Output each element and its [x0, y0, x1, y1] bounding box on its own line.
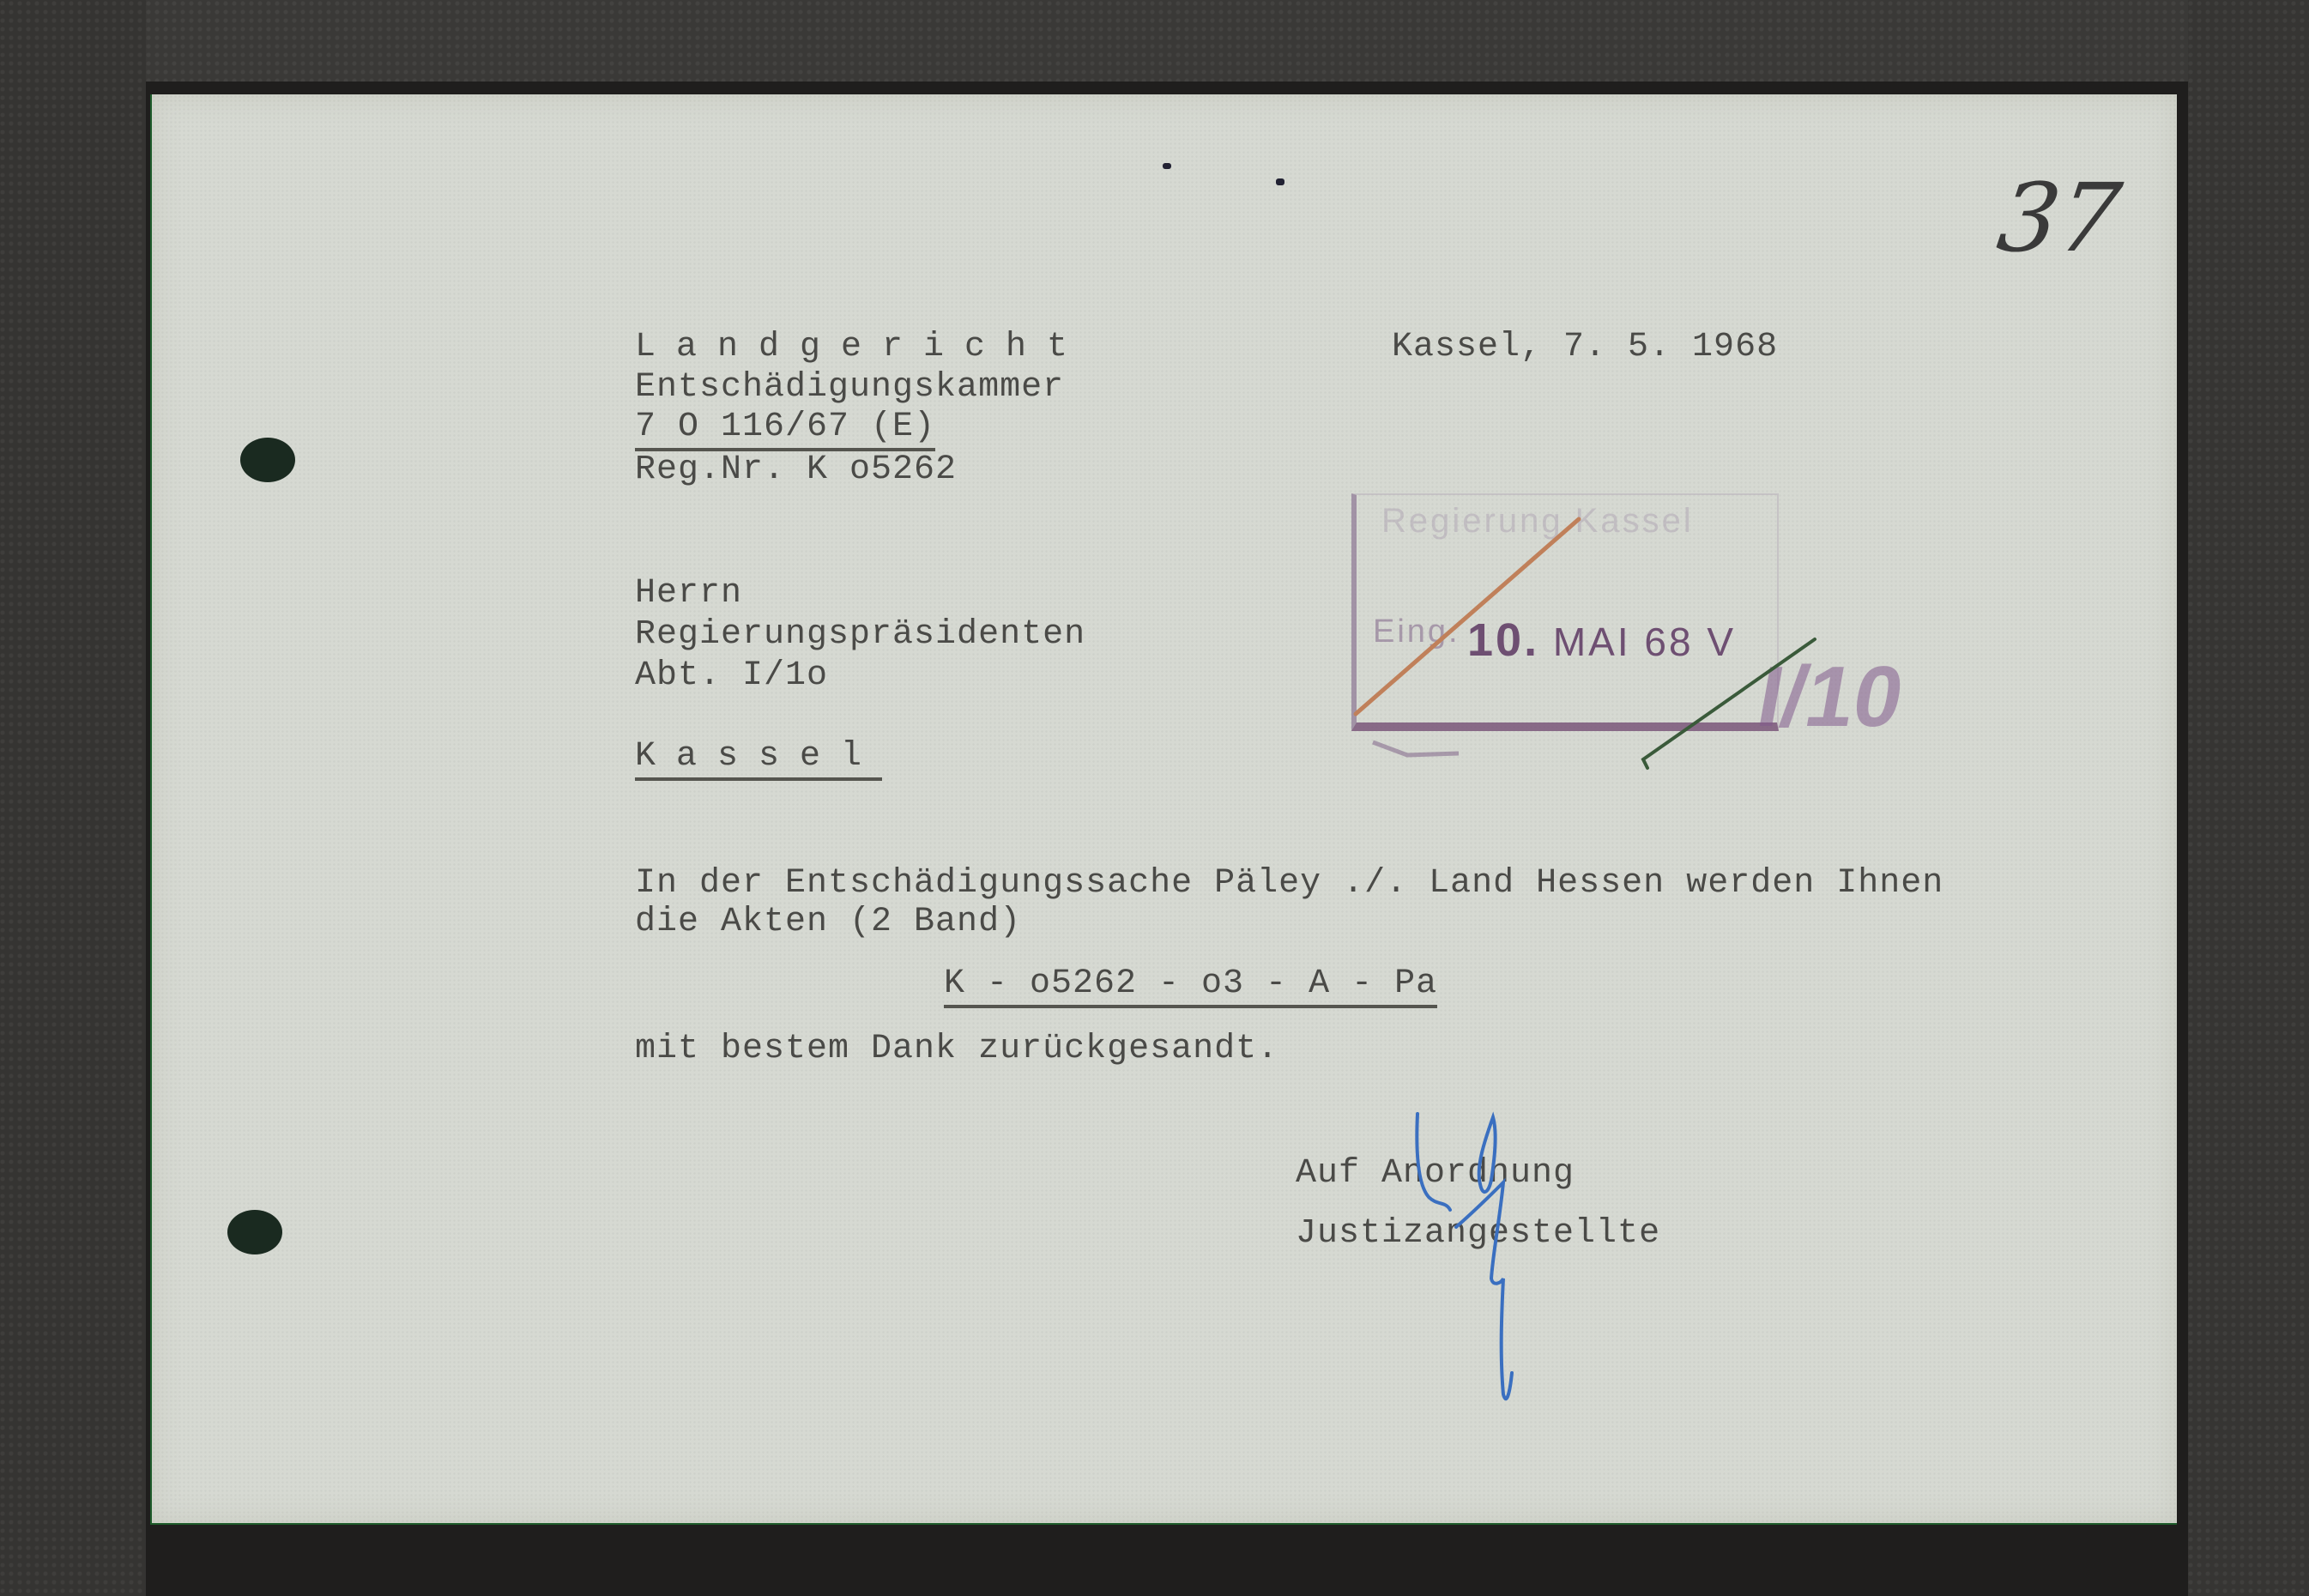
recipient-salutation: Herrn [635, 577, 742, 611]
sender-chamber: Entschädigungskammer [635, 371, 1064, 405]
stamp-marginal-number: I/10 [1750, 648, 1911, 747]
body-line-1: In der Entschädigungssache Päley ./. Lan… [635, 867, 1943, 901]
punch-hole-bottom [227, 1210, 282, 1254]
document-sheet [150, 94, 2177, 1525]
punch-hole-top [240, 438, 295, 482]
closing-line-2: Justizangestellte [1296, 1217, 1660, 1251]
stamp-header: Regierung Kassel [1381, 502, 1694, 541]
binder-right-edge [2188, 0, 2309, 1596]
ink-mark [1276, 178, 1284, 185]
stamp-date-rest: MAI 68 V [1553, 620, 1736, 664]
recipient-department: Abt. I/1o [635, 659, 828, 693]
body-reference: K - o5262 - o3 - A - Pa [944, 967, 1437, 1008]
sender-file-number: 7 O 116/67 (E) [635, 410, 935, 451]
closing-line-1: Auf Anordnung [1296, 1157, 1575, 1191]
stamp-prefix: Eing. [1373, 614, 1460, 650]
stamp-date-day: 10. [1467, 614, 1539, 666]
place-date: Kassel, 7. 5. 1968 [1392, 330, 1778, 365]
binder-left-edge [0, 0, 146, 1596]
folio-number: 37 [1992, 163, 2127, 273]
body-line-2: die Akten (2 Band) [635, 905, 1021, 940]
body-line-3: mit bestem Dank zurückgesandt. [635, 1032, 1278, 1067]
ink-mark [1163, 163, 1171, 169]
recipient-city: Kassel [635, 740, 882, 781]
stamp-date: 10. MAI 68 V [1467, 614, 1736, 667]
binder-top-edge [0, 0, 2309, 82]
sender-registry-number: Reg.Nr. K o5262 [635, 453, 957, 487]
recipient-title: Regierungspräsidenten [635, 618, 1085, 652]
sender-court: Landgericht [635, 330, 1088, 365]
